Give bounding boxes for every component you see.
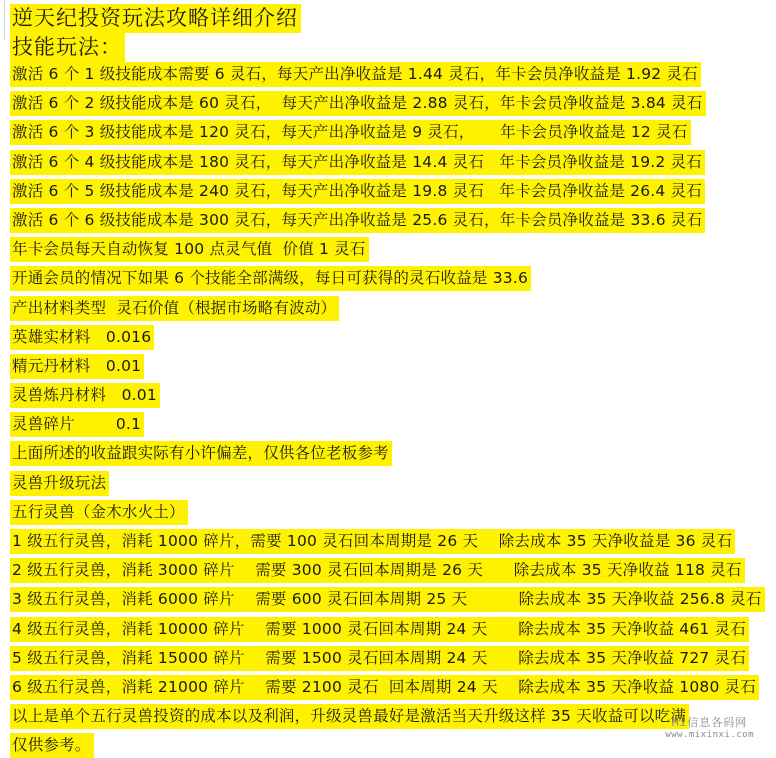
- skill-line-text: 激活 6 个 6 级技能成本是 300 灵石，每天产出净收益是 25.6 灵石，…: [10, 208, 705, 233]
- watermark-url: www.mixinxi.com: [665, 730, 754, 740]
- material-item: 英雄实材料 0.016: [10, 325, 776, 354]
- beast-line-text: 4 级五行灵兽，消耗 10000 碎片 需要 1000 灵石回本周期 24 天 …: [10, 617, 749, 642]
- beast-line: 1 级五行灵兽，消耗 1000 碎片，需要 100 灵石回本周期是 26 天 除…: [10, 529, 776, 558]
- skill-line: 激活 6 个 3 级技能成本是 120 灵石，每天产出净收益是 9 灵石， 年卡…: [10, 120, 776, 149]
- beast-type-text: 五行灵兽（金木水火土）: [10, 500, 188, 525]
- beast-line-text: 2 级五行灵兽，消耗 3000 碎片 需要 300 灵石回本周期是 26 天 除…: [10, 558, 745, 583]
- disclaimer-line: 上面所述的收益跟实际有小许偏差，仅供各位老板参考: [10, 441, 776, 470]
- material-item: 精元丹材料 0.01: [10, 354, 776, 383]
- watermark-brand: Mi信息各码网: [665, 714, 754, 730]
- vip-recover-text: 年卡会员每天自动恢复 100 点灵气值 价值 1 灵石: [10, 237, 369, 262]
- section-heading-beast: 灵兽升级玩法: [10, 471, 109, 496]
- material-text: 英雄实材料 0.016: [10, 325, 154, 350]
- beast-line: 2 级五行灵兽，消耗 3000 碎片 需要 300 灵石回本周期是 26 天 除…: [10, 558, 776, 587]
- closing-line: 仅供参考。: [10, 733, 776, 758]
- material-item: 灵兽碎片 0.1: [10, 412, 776, 441]
- beast-line: 4 级五行灵兽，消耗 10000 碎片 需要 1000 灵石回本周期 24 天 …: [10, 617, 776, 646]
- summary-text: 以上是单个五行灵兽投资的成本以及利润，升级灵兽最好是激活当天升级这样 35 天收…: [10, 704, 689, 729]
- beast-line: 6 级五行灵兽，消耗 21000 碎片 需要 2100 灵石 回本周期 24 天…: [10, 675, 776, 704]
- document-title: 逆天纪投资玩法攻略详细介绍: [10, 4, 301, 33]
- summary-line: 以上是单个五行灵兽投资的成本以及利润，升级灵兽最好是激活当天升级这样 35 天收…: [10, 704, 776, 733]
- beast-line: 3 级五行灵兽，消耗 6000 碎片 需要 600 灵石回本周期 25 天 除去…: [10, 587, 776, 616]
- material-text: 灵兽炼丹材料 0.01: [10, 383, 160, 408]
- beast-line-text: 3 级五行灵兽，消耗 6000 碎片 需要 600 灵石回本周期 25 天 除去…: [10, 587, 765, 612]
- skill-line-text: 激活 6 个 1 级技能成本需要 6 灵石，每天产出净收益是 1.44 灵石，年…: [10, 62, 701, 87]
- watermark: Mi信息各码网 www.mixinxi.com: [665, 714, 754, 740]
- skill-line: 激活 6 个 4 级技能成本是 180 灵石，每天产出净收益是 14.4 灵石 …: [10, 150, 776, 179]
- page-edge: [0, 0, 5, 40]
- document-body: 逆天纪投资玩法攻略详细介绍 技能玩法： 激活 6 个 1 级技能成本需要 6 灵…: [10, 4, 776, 758]
- section-heading-skills: 技能玩法：: [10, 33, 125, 62]
- material-text: 精元丹材料 0.01: [10, 354, 144, 379]
- disclaimer-text: 上面所述的收益跟实际有小许偏差，仅供各位老板参考: [10, 441, 392, 466]
- materials-header-line: 产出材料类型 灵石价值（根据市场略有波动）: [10, 296, 776, 325]
- section-heading-line: 技能玩法：: [10, 33, 776, 62]
- skill-line-text: 激活 6 个 3 级技能成本是 120 灵石，每天产出净收益是 9 灵石， 年卡…: [10, 120, 691, 145]
- title-line: 逆天纪投资玩法攻略详细介绍: [10, 4, 776, 33]
- vip-full-line: 开通会员的情况下如果 6 个技能全部满级，每日可获得的灵石收益是 33.6: [10, 266, 776, 295]
- vip-recover-line: 年卡会员每天自动恢复 100 点灵气值 价值 1 灵石: [10, 237, 776, 266]
- skill-line-text: 激活 6 个 4 级技能成本是 180 灵石，每天产出净收益是 14.4 灵石 …: [10, 150, 705, 175]
- skill-line-text: 激活 6 个 5 级技能成本是 240 灵石，每天产出净收益是 19.8 灵石 …: [10, 179, 705, 204]
- closing-text: 仅供参考。: [10, 733, 94, 758]
- beast-line: 5 级五行灵兽，消耗 15000 碎片 需要 1500 灵石回本周期 24 天 …: [10, 646, 776, 675]
- material-text: 灵兽碎片 0.1: [10, 412, 144, 437]
- skill-line-text: 激活 6 个 2 级技能成本是 60 灵石， 每天产出净收益是 2.88 灵石，…: [10, 91, 706, 116]
- skill-line: 激活 6 个 5 级技能成本是 240 灵石，每天产出净收益是 19.8 灵石 …: [10, 179, 776, 208]
- beast-line-text: 6 级五行灵兽，消耗 21000 碎片 需要 2100 灵石 回本周期 24 天…: [10, 675, 759, 700]
- section-heading-beast-line: 灵兽升级玩法: [10, 471, 776, 500]
- materials-header: 产出材料类型 灵石价值（根据市场略有波动）: [10, 296, 339, 321]
- beast-line-text: 5 级五行灵兽，消耗 15000 碎片 需要 1500 灵石回本周期 24 天 …: [10, 646, 749, 671]
- beast-line-text: 1 级五行灵兽，消耗 1000 碎片，需要 100 灵石回本周期是 26 天 除…: [10, 529, 735, 554]
- skill-line: 激活 6 个 2 级技能成本是 60 灵石， 每天产出净收益是 2.88 灵石，…: [10, 91, 776, 120]
- beast-type-line: 五行灵兽（金木水火土）: [10, 500, 776, 529]
- skill-line: 激活 6 个 1 级技能成本需要 6 灵石，每天产出净收益是 1.44 灵石，年…: [10, 62, 776, 91]
- vip-full-text: 开通会员的情况下如果 6 个技能全部满级，每日可获得的灵石收益是 33.6: [10, 266, 531, 291]
- skill-line: 激活 6 个 6 级技能成本是 300 灵石，每天产出净收益是 25.6 灵石，…: [10, 208, 776, 237]
- material-item: 灵兽炼丹材料 0.01: [10, 383, 776, 412]
